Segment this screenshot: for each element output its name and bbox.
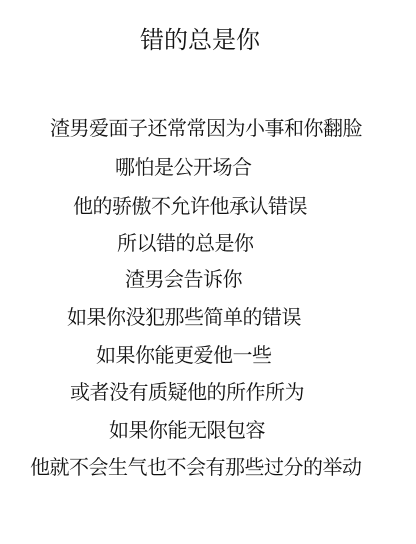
text-line-7: 如果你能更爱他一些	[96, 342, 272, 368]
text-line-3: 他的骄傲不允许他承认错误	[73, 193, 307, 219]
document-title: 错的总是你	[0, 24, 400, 56]
text-line-9: 如果你能无限包容	[109, 417, 265, 443]
text-line-5: 渣男会告诉你	[125, 266, 242, 292]
text-line-10: 他就不会生气也不会有那些过分的举动	[30, 454, 362, 480]
text-line-2: 哪怕是公开场合	[115, 154, 252, 180]
text-line-1: 渣男爱面子还常常因为小事和你翻脸	[50, 115, 362, 141]
text-line-6: 如果你没犯那些简单的错误	[67, 304, 301, 330]
text-line-8: 或者没有质疑他的所作所为	[70, 379, 304, 405]
text-line-4: 所以错的总是你	[117, 230, 254, 256]
